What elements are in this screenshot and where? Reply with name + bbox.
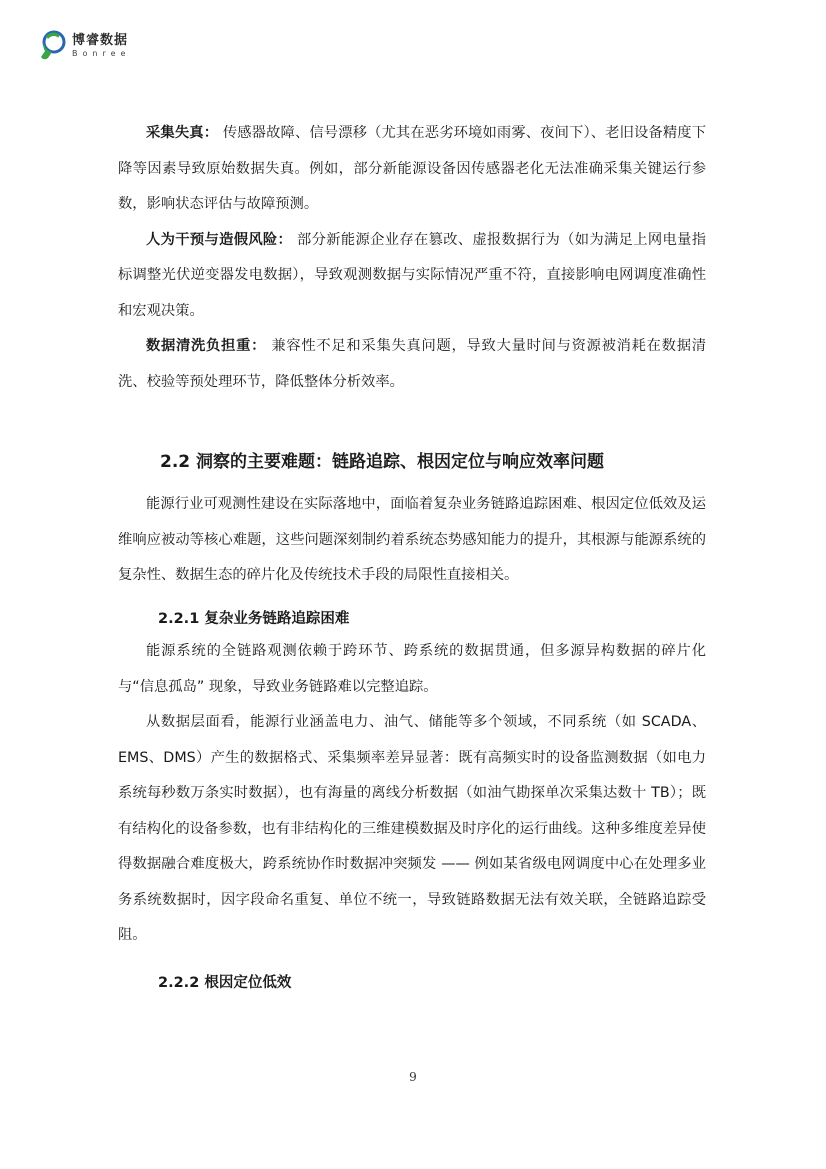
paragraph-human-intervention: 人为干预与造假风险： 部分新能源企业存在篡改、虚报数据行为（如为满足上网电量指标… (118, 223, 706, 330)
section-heading-2-2-2: 2.2.2 根因定位低效 (158, 971, 291, 995)
section-2-2-1-paragraph-1: 能源系统的全链路观测依赖于跨环节、跨系统的数据贯通，但多源异构数据的碎片化与“信… (118, 634, 706, 705)
section-heading-2-2: 2.2 洞察的主要难题：链路追踪、根因定位与响应效率问题 (160, 450, 604, 474)
section-2-2-1-body: 能源系统的全链路观测依赖于跨环节、跨系统的数据贯通，但多源异构数据的碎片化与“信… (118, 634, 706, 954)
section-2-2-1-paragraph-2: 从数据层面看，能源行业涵盖电力、油气、储能等多个领域，不同系统（如 SCADA、… (118, 705, 706, 954)
top-paragraphs: 采集失真： 传感器故障、信号漂移（尤其在恶劣环境如雨雾、夜间下）、老旧设备精度下… (118, 116, 706, 400)
paragraph-data-cleaning: 数据清洗负担重： 兼容性不足和采集失真问题，导致大量时间与资源被消耗在数据清洗、… (118, 329, 706, 400)
page-number: 9 (0, 1070, 826, 1084)
paragraph-label: 数据清洗负担重： (146, 338, 266, 354)
section-2-2-intro: 能源行业可观测性建设在实际落地中，面临着复杂业务链路追踪困难、根因定位低效及运维… (118, 487, 706, 594)
logo-chinese-name: 博睿数据 (72, 33, 130, 48)
company-logo: 博睿数据 Bonree (38, 30, 130, 62)
logo-english-name: Bonree (72, 49, 130, 59)
paragraph-collection-distortion: 采集失真： 传感器故障、信号漂移（尤其在恶劣环境如雨雾、夜间下）、老旧设备精度下… (118, 116, 706, 223)
paragraph-label: 人为干预与造假风险： (146, 232, 292, 248)
section-2-2-body: 能源行业可观测性建设在实际落地中，面临着复杂业务链路追踪困难、根因定位低效及运维… (118, 487, 706, 594)
section-heading-2-2-1: 2.2.1 复杂业务链路追踪困难 (158, 607, 349, 631)
paragraph-label: 采集失真： (146, 125, 218, 141)
bonree-logo-icon (38, 30, 66, 62)
